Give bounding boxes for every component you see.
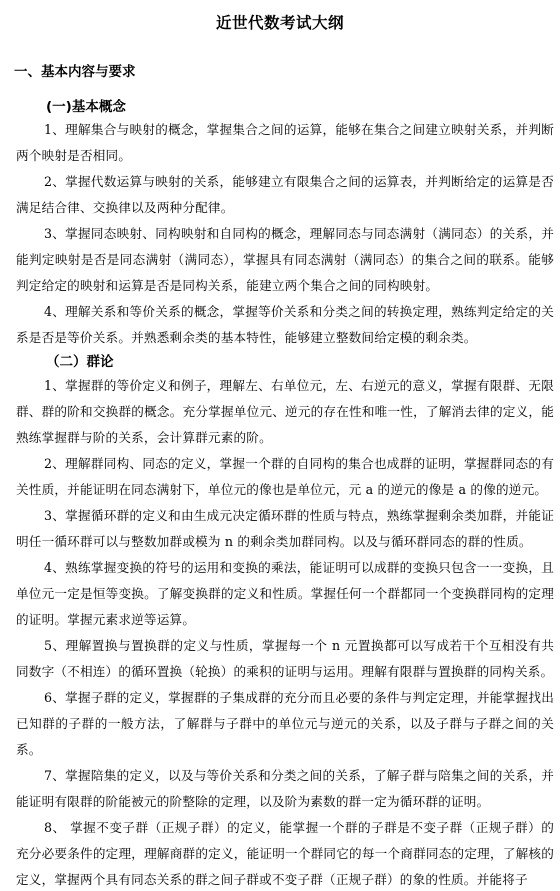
document-title: 近世代数考试大纲 [0,11,560,33]
paragraph-group-5: 5、理解置换与置换群的定义与性质，掌握每一个 n 元置换都可以写成若干个互相没有… [16,633,554,685]
subsection-heading-basic-concepts: (一)基本概念 [46,95,126,115]
section-heading-basic-requirements: 一、基本内容与要求 [14,60,136,80]
paragraph-concepts-4: 4、理解关系和等价关系的概念，掌握等价关系和分类之间的转换定理，熟练判定给定的关… [16,299,554,351]
paragraph-group-7: 7、掌握陪集的定义，以及与等价关系和分类之间的关系，了解子群与陪集之间的关系，并… [16,763,554,815]
paragraph-concepts-3: 3、掌握同态映射、同构映射和自同构的概念，理解同态与同态满射（满同态）的关系，并… [16,221,554,299]
subsection-heading-group-theory: （二）群论 [46,350,114,370]
paragraph-concepts-2: 2、掌握代数运算与映射的关系，能够建立有限集合之间的运算表，并判断给定的运算是否… [16,169,554,221]
paragraph-group-4: 4、熟练掌握变换的符号的运用和变换的乘法，能证明可以成群的变换只包含一一变换，且… [16,555,554,633]
paragraph-group-6: 6、掌握子群的定义，掌握群的子集成群的充分而且必要的条件与判定定理，并能掌握找出… [16,685,554,763]
paragraph-group-3: 3、掌握循环群的定义和由生成元决定循环群的性质与特点，熟练掌握剩余类加群，并能证… [16,503,554,555]
paragraph-group-1: 1、掌握群的等价定义和例子，理解左、右单位元，左、右逆元的意义，掌握有限群、无限… [16,373,554,451]
paragraph-group-8: 8、 掌握不变子群（正规子群）的定义，能掌握一个群的子群是不变子群（正规子群）的… [16,815,554,891]
paragraph-concepts-1: 1、理解集合与映射的概念，掌握集合之间的运算，能够在集合之间建立映射关系，并判断… [16,117,554,169]
paragraph-group-2: 2、理解群同构、同态的定义，掌握一个群的自同构的集合也成群的证明，掌握群同态的有… [16,451,554,503]
